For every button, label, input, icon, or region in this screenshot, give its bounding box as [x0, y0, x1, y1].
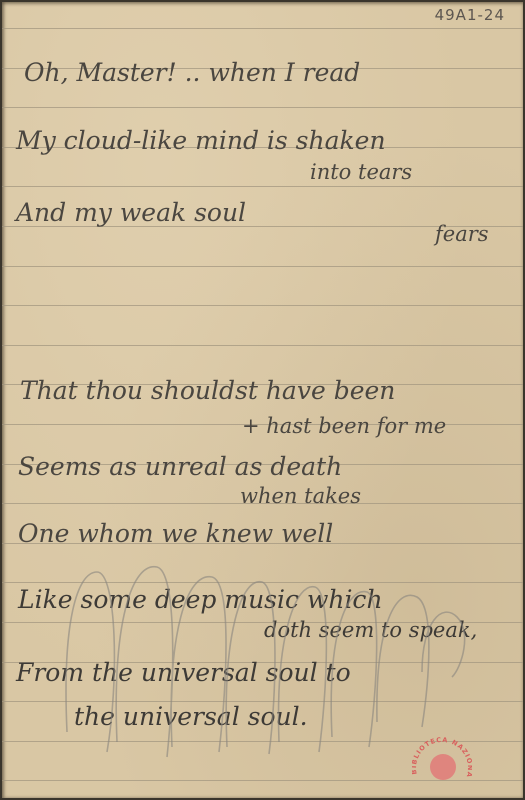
- text-insertion: + hast been for me: [242, 414, 446, 438]
- ruled-line: [2, 345, 523, 346]
- ruled-line: [2, 305, 523, 306]
- ruled-line: [2, 28, 523, 29]
- text-line: That thou shouldst have been: [20, 376, 395, 405]
- text-insertion: when takes: [240, 484, 361, 508]
- stamp-seal-icon: [430, 754, 456, 780]
- text-line: Like some deep music which: [18, 585, 383, 614]
- text-line: the universal soul.: [74, 702, 308, 731]
- ruled-line: [2, 186, 523, 187]
- catalog-number: 49A1-24: [435, 6, 505, 24]
- text-insertion: doth seem to speak,: [264, 618, 477, 642]
- text-line: One whom we knew well: [18, 519, 333, 548]
- library-stamp: BIBLIOTECA NAZIONALE: [412, 732, 472, 792]
- text-line: And my weak soul: [16, 198, 246, 227]
- ruled-line: [2, 266, 523, 267]
- ruled-line: [2, 107, 523, 108]
- text-line: My cloud-like mind is shaken: [16, 126, 386, 155]
- text-line: Oh, Master! .. when I read: [24, 58, 360, 87]
- ruled-line: [2, 582, 523, 583]
- text-insertion: fears: [435, 222, 489, 246]
- manuscript-page: 49A1-24 Oh, Master! .. when I read My cl…: [2, 2, 523, 798]
- text-insertion: into tears: [310, 160, 412, 184]
- text-line: From the universal soul to: [16, 658, 351, 687]
- text-line: Seems as unreal as death: [18, 452, 342, 481]
